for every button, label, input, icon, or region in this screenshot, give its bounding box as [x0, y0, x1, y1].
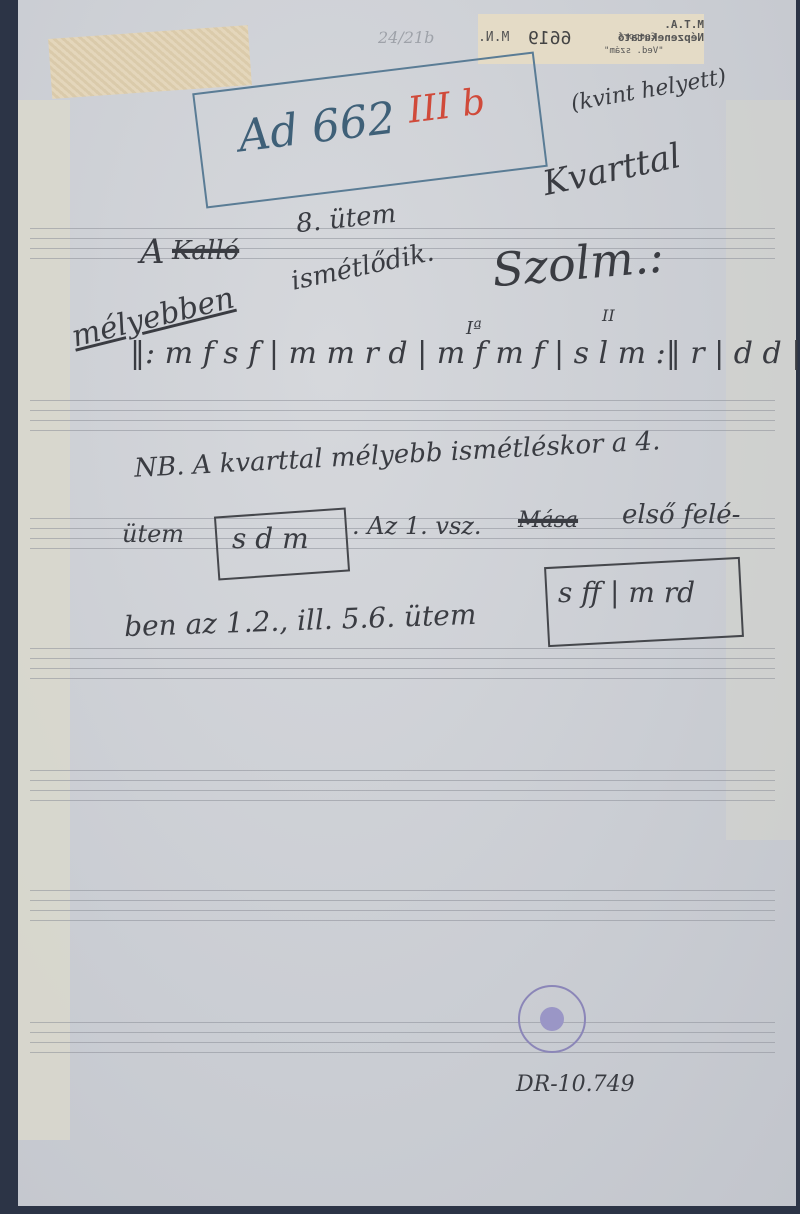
solmization-line: ‖: m f s f | m m r d | m f m f | s l m :… [130, 336, 800, 371]
nb-box2-solfege: s ff | m rd [558, 576, 695, 609]
line1-prefix: A [140, 232, 165, 272]
music-staff-7 [30, 1022, 775, 1062]
music-staff-2 [30, 400, 775, 440]
faint-pencil-note: 24/21b [378, 28, 434, 47]
music-staff-4 [30, 648, 775, 688]
nb-line2-start: ütem [122, 520, 184, 548]
label-line2: Csoport [618, 32, 656, 42]
nb-struck-word: Mása [518, 508, 578, 533]
nb-box1-solfege: s d m [232, 522, 309, 555]
nb-line2-tail: első felé- [622, 500, 740, 530]
right-paper-strip [726, 100, 796, 840]
label-line3: "Ved. szám" [604, 46, 664, 56]
label-number: 6619 [528, 28, 571, 49]
label-initials: M.N. [478, 30, 509, 45]
struck-word: Kalló [172, 236, 239, 266]
stamp-emblem-icon [540, 1007, 564, 1031]
archive-stamp [518, 985, 586, 1053]
nb-line2-end: . Az 1. vsz. [352, 512, 482, 540]
music-staff-5 [30, 770, 775, 810]
volta-second: II [602, 306, 615, 325]
music-staff-6 [30, 890, 775, 930]
archive-number: DR-10.749 [516, 1072, 635, 1097]
